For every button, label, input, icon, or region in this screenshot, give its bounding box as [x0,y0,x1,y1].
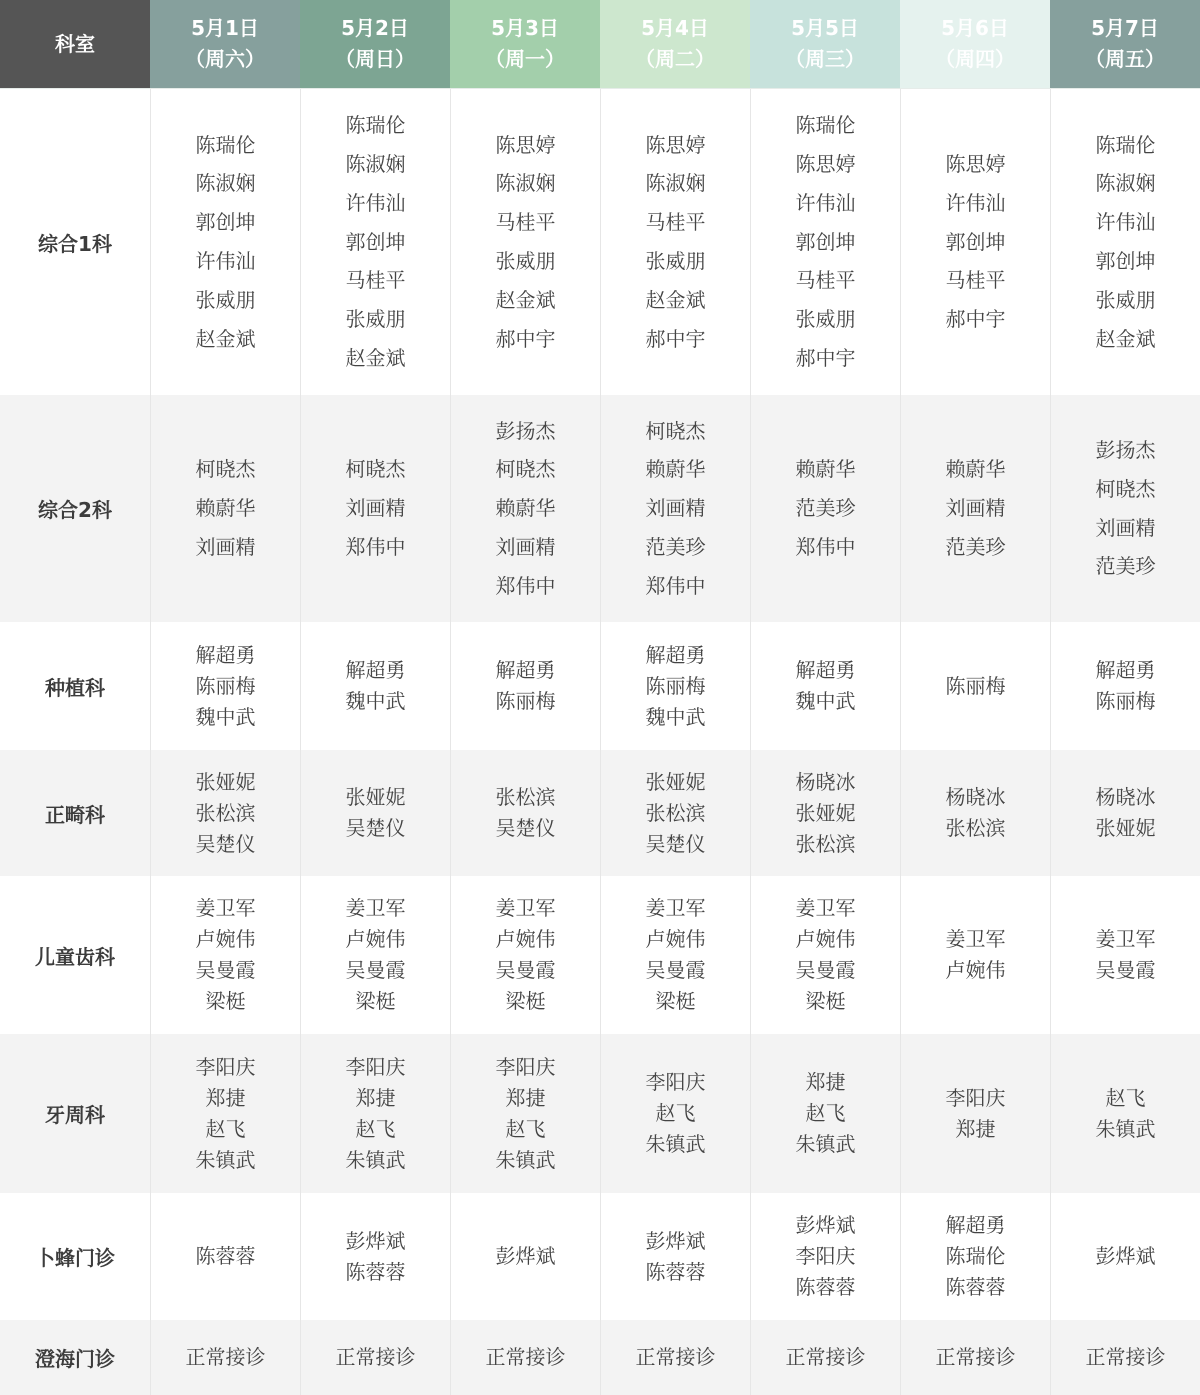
schedule-cell: 解超勇陈丽梅魏中武 [600,622,750,750]
header-date: 5月2日 [341,13,409,44]
schedule-cell: 陈瑞伦陈思婷许伟汕郭创坤马桂平张威朋郝中宇 [750,89,900,395]
dept-label: 儿童齿科 [35,941,115,970]
doctor-name: 陈淑娴 [346,145,406,184]
schedule-cell: 彭烨斌李阳庆陈蓉蓉 [750,1193,900,1320]
doctor-name: 郭创坤 [796,223,856,262]
doctor-name: 马桂平 [496,203,556,242]
dept-cell: 澄海门诊 [0,1320,150,1395]
schedule-cell: 李阳庆郑捷赵飞朱镇武 [150,1034,300,1193]
doctor-name: 赖蔚华 [196,489,256,528]
header-date: 5月6日 [941,13,1009,44]
schedule-cell: 正常接诊 [600,1320,750,1395]
schedule-cell: 陈瑞伦陈淑娴许伟汕郭创坤张威朋赵金斌 [1050,89,1200,395]
schedule-cell: 姜卫军卢婉伟 [900,876,1050,1034]
schedule-cell: 姜卫军吴曼霞 [1050,876,1200,1034]
doctor-name: 张娅妮 [346,782,406,813]
doctor-name: 郑伟中 [346,528,406,567]
schedule-cell: 李阳庆郑捷赵飞朱镇武 [300,1034,450,1193]
doctor-name: 许伟汕 [346,184,406,223]
dept-label: 综合1科 [38,228,112,257]
doctor-name: 赵飞 [806,1098,846,1129]
doctor-name: 魏中武 [196,702,256,733]
doctor-name: 吴曼霞 [796,955,856,986]
schedule-cell: 赖蔚华刘画精范美珍 [900,395,1050,622]
doctor-name: 魏中武 [346,686,406,717]
doctor-name: 正常接诊 [1086,1342,1166,1373]
doctor-name: 姜卫军 [346,893,406,924]
doctor-name: 许伟汕 [796,184,856,223]
doctor-name: 张松滨 [196,798,256,829]
schedule-cell: 郑捷赵飞朱镇武 [750,1034,900,1193]
header-weekday: （周日） [335,44,415,75]
schedule-cell: 张娅妮张松滨吴楚仪 [600,750,750,876]
header-day-3: 5月3日（周一） [450,0,600,89]
doctor-name: 许伟汕 [1096,203,1156,242]
doctor-name: 陈瑞伦 [796,106,856,145]
schedule-cell: 彭烨斌 [450,1193,600,1320]
schedule-cell: 正常接诊 [750,1320,900,1395]
header-day-6: 5月6日（周四） [900,0,1050,89]
doctor-name: 刘画精 [1096,509,1156,548]
schedule-cell: 赖蔚华范美珍郑伟中 [750,395,900,622]
schedule-cell: 姜卫军卢婉伟吴曼霞梁梃 [600,876,750,1034]
doctor-name: 郑捷 [956,1114,996,1145]
doctor-name: 陈淑娴 [196,164,256,203]
doctor-name: 柯晓杰 [496,450,556,489]
header-day-5: 5月5日（周三） [750,0,900,89]
doctor-name: 赵金斌 [646,281,706,320]
doctor-name: 吴曼霞 [196,955,256,986]
doctor-name: 吴曼霞 [1096,955,1156,986]
doctor-name: 朱镇武 [346,1145,406,1176]
doctor-name: 陈丽梅 [1096,686,1156,717]
doctor-name: 陈丽梅 [196,671,256,702]
doctor-name: 陈思婷 [796,145,856,184]
dept-label: 种植科 [45,672,105,701]
doctor-name: 陈丽梅 [496,686,556,717]
header-date: 5月7日 [1091,13,1159,44]
doctor-name: 陈思婷 [946,145,1006,184]
doctor-name: 吴曼霞 [646,955,706,986]
dept-cell: 综合2科 [0,395,150,622]
doctor-name: 张威朋 [496,242,556,281]
doctor-name: 郭创坤 [946,223,1006,262]
doctor-name: 陈思婷 [496,126,556,165]
doctor-name: 姜卫军 [796,893,856,924]
doctor-name: 马桂平 [346,261,406,300]
doctor-name: 张威朋 [1096,281,1156,320]
doctor-name: 赵金斌 [1096,320,1156,359]
doctor-name: 朱镇武 [796,1129,856,1160]
schedule-cell: 杨晓冰张娅妮张松滨 [750,750,900,876]
doctor-name: 刘画精 [196,528,256,567]
schedule-cell: 李阳庆郑捷 [900,1034,1050,1193]
dept-cell: 儿童齿科 [0,876,150,1034]
dept-cell: 正畸科 [0,750,150,876]
schedule-cell: 正常接诊 [150,1320,300,1395]
doctor-name: 解超勇 [346,655,406,686]
doctor-name: 梁梃 [356,986,396,1017]
doctor-name: 杨晓冰 [1096,782,1156,813]
doctor-name: 梁梃 [506,986,546,1017]
schedule-cell: 陈丽梅 [900,622,1050,750]
doctor-name: 卢婉伟 [196,924,256,955]
doctor-name: 彭扬杰 [496,412,556,451]
doctor-name: 卢婉伟 [796,924,856,955]
header-day-1: 5月1日（周六） [150,0,300,89]
dept-label: 综合2科 [38,494,112,523]
doctor-name: 刘画精 [946,489,1006,528]
doctor-name: 张娅妮 [646,767,706,798]
doctor-name: 赖蔚华 [946,450,1006,489]
schedule-cell: 陈瑞伦陈淑娴许伟汕郭创坤马桂平张威朋赵金斌 [300,89,450,395]
doctor-name: 陈瑞伦 [196,126,256,165]
doctor-name: 郭创坤 [196,203,256,242]
schedule-cell: 正常接诊 [1050,1320,1200,1395]
doctor-name: 陈淑娴 [1096,164,1156,203]
schedule-cell: 彭烨斌陈蓉蓉 [600,1193,750,1320]
schedule-cell: 柯晓杰赖蔚华刘画精范美珍郑伟中 [600,395,750,622]
header-date: 5月5日 [791,13,859,44]
doctor-name: 陈蓉蓉 [796,1272,856,1303]
doctor-name: 朱镇武 [1096,1114,1156,1145]
schedule-cell: 柯晓杰刘画精郑伟中 [300,395,450,622]
doctor-name: 卢婉伟 [646,924,706,955]
doctor-name: 陈蓉蓉 [946,1272,1006,1303]
schedule-cell: 解超勇魏中武 [750,622,900,750]
schedule-cell: 解超勇陈瑞伦陈蓉蓉 [900,1193,1050,1320]
doctor-name: 郑伟中 [646,567,706,606]
doctor-name: 彭烨斌 [496,1241,556,1272]
doctor-name: 赵金斌 [346,339,406,378]
dept-label: 牙周科 [45,1099,105,1128]
doctor-name: 魏中武 [646,702,706,733]
schedule-cell: 陈思婷许伟汕郭创坤马桂平郝中宇 [900,89,1050,395]
doctor-name: 郝中宇 [946,300,1006,339]
schedule-cell: 张松滨吴楚仪 [450,750,600,876]
doctor-name: 陈蓉蓉 [646,1257,706,1288]
header-weekday: （周二） [635,44,715,75]
doctor-name: 郑伟中 [796,528,856,567]
doctor-name: 郝中宇 [646,320,706,359]
doctor-name: 李阳庆 [196,1052,256,1083]
doctor-name: 张松滨 [946,813,1006,844]
doctor-name: 赵金斌 [196,320,256,359]
schedule-cell: 陈思婷陈淑娴马桂平张威朋赵金斌郝中宇 [600,89,750,395]
doctor-name: 彭烨斌 [346,1226,406,1257]
doctor-name: 赵飞 [656,1098,696,1129]
dept-label: 卜蜂门诊 [35,1242,115,1271]
doctor-name: 姜卫军 [646,893,706,924]
doctor-name: 赵飞 [206,1114,246,1145]
schedule-cell: 解超勇魏中武 [300,622,450,750]
doctor-name: 姜卫军 [1096,924,1156,955]
doctor-name: 姜卫军 [196,893,256,924]
doctor-name: 柯晓杰 [196,450,256,489]
schedule-cell: 正常接诊 [300,1320,450,1395]
schedule-cell: 解超勇陈丽梅魏中武 [150,622,300,750]
doctor-name: 李阳庆 [496,1052,556,1083]
schedule-cell: 柯晓杰赖蔚华刘画精 [150,395,300,622]
doctor-name: 朱镇武 [496,1145,556,1176]
header-date: 5月3日 [491,13,559,44]
doctor-name: 范美珍 [796,489,856,528]
doctor-name: 杨晓冰 [796,767,856,798]
schedule-cell: 姜卫军卢婉伟吴曼霞梁梃 [450,876,600,1034]
schedule-cell: 陈思婷陈淑娴马桂平张威朋赵金斌郝中宇 [450,89,600,395]
header-weekday: （周五） [1085,44,1165,75]
doctor-name: 彭扬杰 [1096,431,1156,470]
doctor-name: 吴楚仪 [346,813,406,844]
doctor-name: 姜卫军 [946,924,1006,955]
header-date: 5月4日 [641,13,709,44]
doctor-name: 张松滨 [646,798,706,829]
doctor-name: 许伟汕 [946,184,1006,223]
doctor-name: 吴曼霞 [496,955,556,986]
doctor-name: 郭创坤 [346,223,406,262]
doctor-name: 刘画精 [646,489,706,528]
doctor-name: 陈瑞伦 [946,1241,1006,1272]
doctor-name: 郑伟中 [496,567,556,606]
doctor-name: 卢婉伟 [946,955,1006,986]
schedule-cell: 陈蓉蓉 [150,1193,300,1320]
schedule-cell: 陈瑞伦陈淑娴郭创坤许伟汕张威朋赵金斌 [150,89,300,395]
doctor-name: 吴楚仪 [196,829,256,860]
doctor-name: 赖蔚华 [496,489,556,528]
doctor-name: 马桂平 [796,261,856,300]
doctor-name: 柯晓杰 [1096,470,1156,509]
doctor-name: 正常接诊 [786,1342,866,1373]
doctor-name: 陈瑞伦 [346,106,406,145]
schedule-cell: 杨晓冰张娅妮 [1050,750,1200,876]
doctor-name: 马桂平 [946,261,1006,300]
schedule-table: 科室 5月1日（周六）5月2日（周日）5月3日（周一）5月4日（周二）5月5日（… [0,0,1200,1395]
doctor-name: 陈淑娴 [646,164,706,203]
doctor-name: 彭烨斌 [796,1210,856,1241]
dept-cell: 种植科 [0,622,150,750]
doctor-name: 李阳庆 [646,1067,706,1098]
dept-cell: 牙周科 [0,1034,150,1193]
doctor-name: 正常接诊 [936,1342,1016,1373]
schedule-cell: 彭扬杰柯晓杰刘画精范美珍 [1050,395,1200,622]
doctor-name: 朱镇武 [646,1129,706,1160]
doctor-name: 郝中宇 [496,320,556,359]
header-date: 5月1日 [191,13,259,44]
doctor-name: 郭创坤 [1096,242,1156,281]
schedule-cell: 彭烨斌 [1050,1193,1200,1320]
doctor-name: 张娅妮 [1096,813,1156,844]
doctor-name: 郑捷 [356,1083,396,1114]
header-weekday: （周六） [185,44,265,75]
doctor-name: 郑捷 [806,1067,846,1098]
header-day-4: 5月4日（周二） [600,0,750,89]
doctor-name: 范美珍 [1096,547,1156,586]
schedule-cell: 姜卫军卢婉伟吴曼霞梁梃 [750,876,900,1034]
schedule-cell: 张娅妮吴楚仪 [300,750,450,876]
doctor-name: 陈蓉蓉 [346,1257,406,1288]
doctor-name: 姜卫军 [496,893,556,924]
doctor-name: 赵飞 [1106,1083,1146,1114]
schedule-cell: 彭烨斌陈蓉蓉 [300,1193,450,1320]
doctor-name: 柯晓杰 [646,412,706,451]
doctor-name: 赵飞 [506,1114,546,1145]
doctor-name: 陈淑娴 [496,164,556,203]
doctor-name: 正常接诊 [336,1342,416,1373]
doctor-name: 吴楚仪 [646,829,706,860]
doctor-name: 解超勇 [196,640,256,671]
header-dept: 科室 [0,0,150,89]
doctor-name: 李阳庆 [346,1052,406,1083]
schedule-cell: 姜卫军卢婉伟吴曼霞梁梃 [300,876,450,1034]
schedule-cell: 李阳庆赵飞朱镇武 [600,1034,750,1193]
header-weekday: （周四） [935,44,1015,75]
doctor-name: 赖蔚华 [646,450,706,489]
doctor-name: 刘画精 [346,489,406,528]
doctor-name: 解超勇 [1096,655,1156,686]
doctor-name: 张娅妮 [796,798,856,829]
doctor-name: 卢婉伟 [496,924,556,955]
schedule-cell: 姜卫军卢婉伟吴曼霞梁梃 [150,876,300,1034]
doctor-name: 郑捷 [506,1083,546,1114]
schedule-cell: 正常接诊 [900,1320,1050,1395]
doctor-name: 张松滨 [496,782,556,813]
schedule-cell: 解超勇陈丽梅 [1050,622,1200,750]
dept-label: 澄海门诊 [35,1343,115,1372]
doctor-name: 彭烨斌 [646,1226,706,1257]
doctor-name: 柯晓杰 [346,450,406,489]
doctor-name: 朱镇武 [196,1145,256,1176]
doctor-name: 张威朋 [346,300,406,339]
doctor-name: 魏中武 [796,686,856,717]
header-weekday: （周一） [485,44,565,75]
doctor-name: 正常接诊 [636,1342,716,1373]
doctor-name: 梁梃 [806,986,846,1017]
header-day-7: 5月7日（周五） [1050,0,1200,89]
dept-label: 正畸科 [45,799,105,828]
doctor-name: 刘画精 [496,528,556,567]
doctor-name: 吴楚仪 [496,813,556,844]
doctor-name: 赵飞 [356,1114,396,1145]
doctor-name: 李阳庆 [796,1241,856,1272]
schedule-cell: 李阳庆郑捷赵飞朱镇武 [450,1034,600,1193]
schedule-cell: 杨晓冰张松滨 [900,750,1050,876]
doctor-name: 梁梃 [206,986,246,1017]
doctor-name: 解超勇 [646,640,706,671]
schedule-cell: 正常接诊 [450,1320,600,1395]
doctor-name: 解超勇 [796,655,856,686]
doctor-name: 张威朋 [646,242,706,281]
doctor-name: 张威朋 [196,281,256,320]
doctor-name: 张威朋 [796,300,856,339]
doctor-name: 梁梃 [656,986,696,1017]
doctor-name: 杨晓冰 [946,782,1006,813]
doctor-name: 陈丽梅 [646,671,706,702]
doctor-name: 吴曼霞 [346,955,406,986]
header-day-2: 5月2日（周日） [300,0,450,89]
doctor-name: 彭烨斌 [1096,1241,1156,1272]
doctor-name: 赵金斌 [496,281,556,320]
header-dept-label: 科室 [55,29,95,60]
header-weekday: （周三） [785,44,865,75]
schedule-cell: 解超勇陈丽梅 [450,622,600,750]
doctor-name: 张娅妮 [196,767,256,798]
doctor-name: 马桂平 [646,203,706,242]
doctor-name: 解超勇 [946,1210,1006,1241]
doctor-name: 陈思婷 [646,126,706,165]
doctor-name: 陈瑞伦 [1096,126,1156,165]
doctor-name: 陈丽梅 [946,671,1006,702]
doctor-name: 郝中宇 [796,339,856,378]
schedule-cell: 赵飞朱镇武 [1050,1034,1200,1193]
doctor-name: 解超勇 [496,655,556,686]
schedule-cell: 张娅妮张松滨吴楚仪 [150,750,300,876]
doctor-name: 李阳庆 [946,1083,1006,1114]
doctor-name: 范美珍 [646,528,706,567]
doctor-name: 陈蓉蓉 [196,1241,256,1272]
dept-cell: 卜蜂门诊 [0,1193,150,1320]
doctor-name: 许伟汕 [196,242,256,281]
doctor-name: 张松滨 [796,829,856,860]
schedule-cell: 彭扬杰柯晓杰赖蔚华刘画精郑伟中 [450,395,600,622]
doctor-name: 正常接诊 [486,1342,566,1373]
doctor-name: 范美珍 [946,528,1006,567]
doctor-name: 正常接诊 [186,1342,266,1373]
dept-cell: 综合1科 [0,89,150,395]
doctor-name: 赖蔚华 [796,450,856,489]
doctor-name: 郑捷 [206,1083,246,1114]
doctor-name: 卢婉伟 [346,924,406,955]
